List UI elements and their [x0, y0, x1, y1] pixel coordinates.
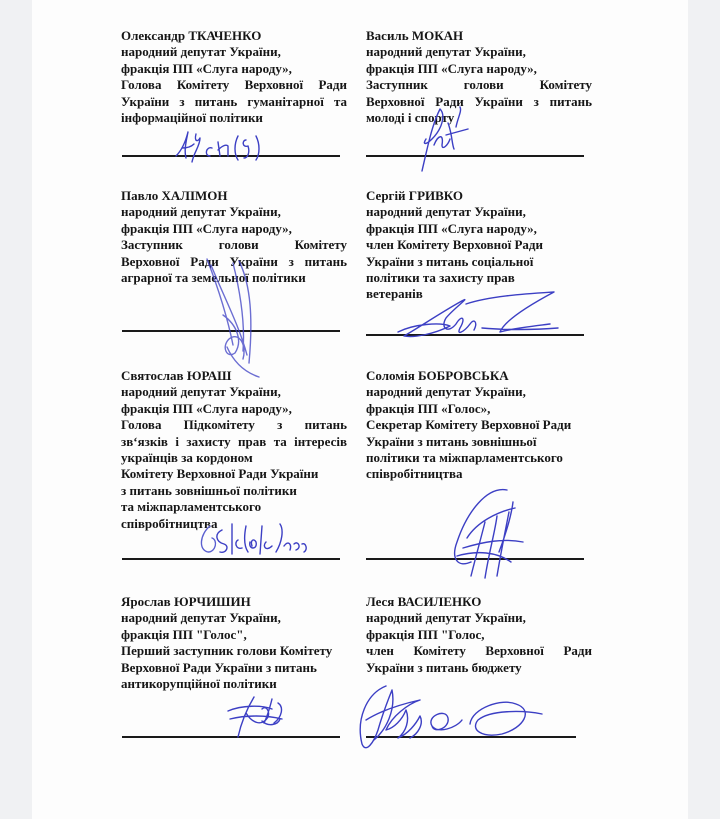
signatory-name: Павло ХАЛІМОН	[121, 188, 347, 204]
signatory-title-line: народний депутат України,	[366, 204, 592, 220]
signatory-block-hryvko: Сергій ГРИВКО народний депутат України, …	[366, 188, 592, 303]
signatory-title-line: Комітету Верховної Ради України	[121, 466, 347, 482]
signatory-name: Олександр ТКАЧЕНКО	[121, 28, 347, 44]
signatory-title-line: України з питань зовнішньої	[366, 434, 592, 450]
signatory-block-yurchyshyn: Ярослав ЮРЧИШИН народний депутат України…	[121, 594, 347, 692]
signature-line	[366, 334, 584, 336]
signatory-title-line: народний депутат України,	[366, 384, 592, 400]
signatory-title-line: зв‘язків і захисту прав та інтересів	[121, 434, 347, 450]
signatory-title-line: Верховної Ради України з питань	[366, 94, 592, 110]
signatory-title-line: фракція ПП «Слуга народу»,	[121, 61, 347, 77]
signatory-title-line: член Комітету Верховної Ради	[366, 643, 592, 659]
signatory-title-line: Голова Комітету Верховної Ради	[121, 77, 347, 93]
signatory-block-vasylenko: Леся ВАСИЛЕНКО народний депутат України,…	[366, 594, 592, 676]
signatory-title-line: інформаційної політики	[121, 110, 347, 126]
signatory-title-line: Секретар Комітету Верховної Ради	[366, 417, 592, 433]
signatory-title-line: Голова Підкомітету з питань	[121, 417, 347, 433]
document-page: Олександр ТКАЧЕНКО народний депутат Укра…	[32, 0, 688, 819]
signatory-title-line: фракція ПП «Слуга народу»,	[366, 221, 592, 237]
signatory-title-line: фракція ПП «Голос»,	[366, 401, 592, 417]
signatory-title-line: з питань зовнішньої політики	[121, 483, 347, 499]
signatory-title-line: фракція ПП «Слуга народу»,	[121, 221, 347, 237]
signature-line	[122, 330, 340, 332]
signatory-block-mokan: Василь МОКАН народний депутат України, ф…	[366, 28, 592, 126]
signatory-title-line: народний депутат України,	[121, 44, 347, 60]
signatory-block-khalimon: Павло ХАЛІМОН народний депутат України, …	[121, 188, 347, 286]
signatory-name: Соломія БОБРОВСЬКА	[366, 368, 592, 384]
signatory-title-line: аграрної та земельної політики	[121, 270, 347, 286]
signatory-title-line: фракція ПП «Слуга народу»,	[121, 401, 347, 417]
signatory-title-line: українців за кордоном	[121, 450, 347, 466]
signatory-title-line: Заступник голови Комітету	[121, 237, 347, 253]
signatory-title-line: фракція ПП «Слуга народу»,	[366, 61, 592, 77]
signatory-name: Сергій ГРИВКО	[366, 188, 592, 204]
signatory-title-line: України з питань бюджету	[366, 660, 592, 676]
signatory-title-line: антикорупційної політики	[121, 676, 347, 692]
signature-line	[122, 736, 340, 738]
signatory-title-line: політики та міжпарламентського	[366, 450, 592, 466]
signatory-title-line: фракція ПП "Голос",	[121, 627, 347, 643]
signatory-title-line: Верховної Ради України з питань	[121, 254, 347, 270]
signatory-title-line: народний депутат України,	[121, 384, 347, 400]
signatory-title-line: народний депутат України,	[121, 204, 347, 220]
signatory-title-line: Заступник голови Комітету	[366, 77, 592, 93]
signatory-title-line: України з питань гуманітарної та	[121, 94, 347, 110]
signatory-title-line: народний депутат України,	[366, 610, 592, 626]
signatory-title-line: Верховної Ради України з питань	[121, 660, 347, 676]
signatory-title-line: молоді і спорту	[366, 110, 592, 126]
signatory-title-line: член Комітету Верховної Ради	[366, 237, 592, 253]
signatory-block-yurash: Святослав ЮРАШ народний депутат України,…	[121, 368, 347, 532]
signatory-title-line: та міжпарламентського	[121, 499, 347, 515]
signature-bobrovska	[427, 482, 547, 582]
signature-line	[366, 558, 584, 560]
signatory-name: Ярослав ЮРЧИШИН	[121, 594, 347, 610]
signature-line	[122, 558, 340, 560]
signatory-block-tkachenko: Олександр ТКАЧЕНКО народний депутат Укра…	[121, 28, 347, 126]
signatory-title-line: політики та захисту прав	[366, 270, 592, 286]
signatory-title-line: співробітництва	[366, 466, 592, 482]
signatory-title-line: ветеранів	[366, 286, 592, 302]
signatory-block-bobrovska: Соломія БОБРОВСЬКА народний депутат Укра…	[366, 368, 592, 483]
signature-line	[122, 155, 340, 157]
signature-tkachenko	[172, 128, 272, 168]
signatory-title-line: народний депутат України,	[121, 610, 347, 626]
signature-line	[366, 155, 584, 157]
signatory-title-line: Перший заступник голови Комітету	[121, 643, 347, 659]
signature-line	[366, 736, 576, 738]
signatory-name: Святослав ЮРАШ	[121, 368, 347, 384]
signatory-title-line: співробітництва	[121, 516, 347, 532]
signatory-name: Леся ВАСИЛЕНКО	[366, 594, 592, 610]
signatory-name: Василь МОКАН	[366, 28, 592, 44]
signatory-title-line: народний депутат України,	[366, 44, 592, 60]
signatory-title-line: фракція ПП "Голос,	[366, 627, 592, 643]
signature-vasylenko	[352, 680, 552, 760]
signatory-title-line: України з питань соціальної	[366, 254, 592, 270]
